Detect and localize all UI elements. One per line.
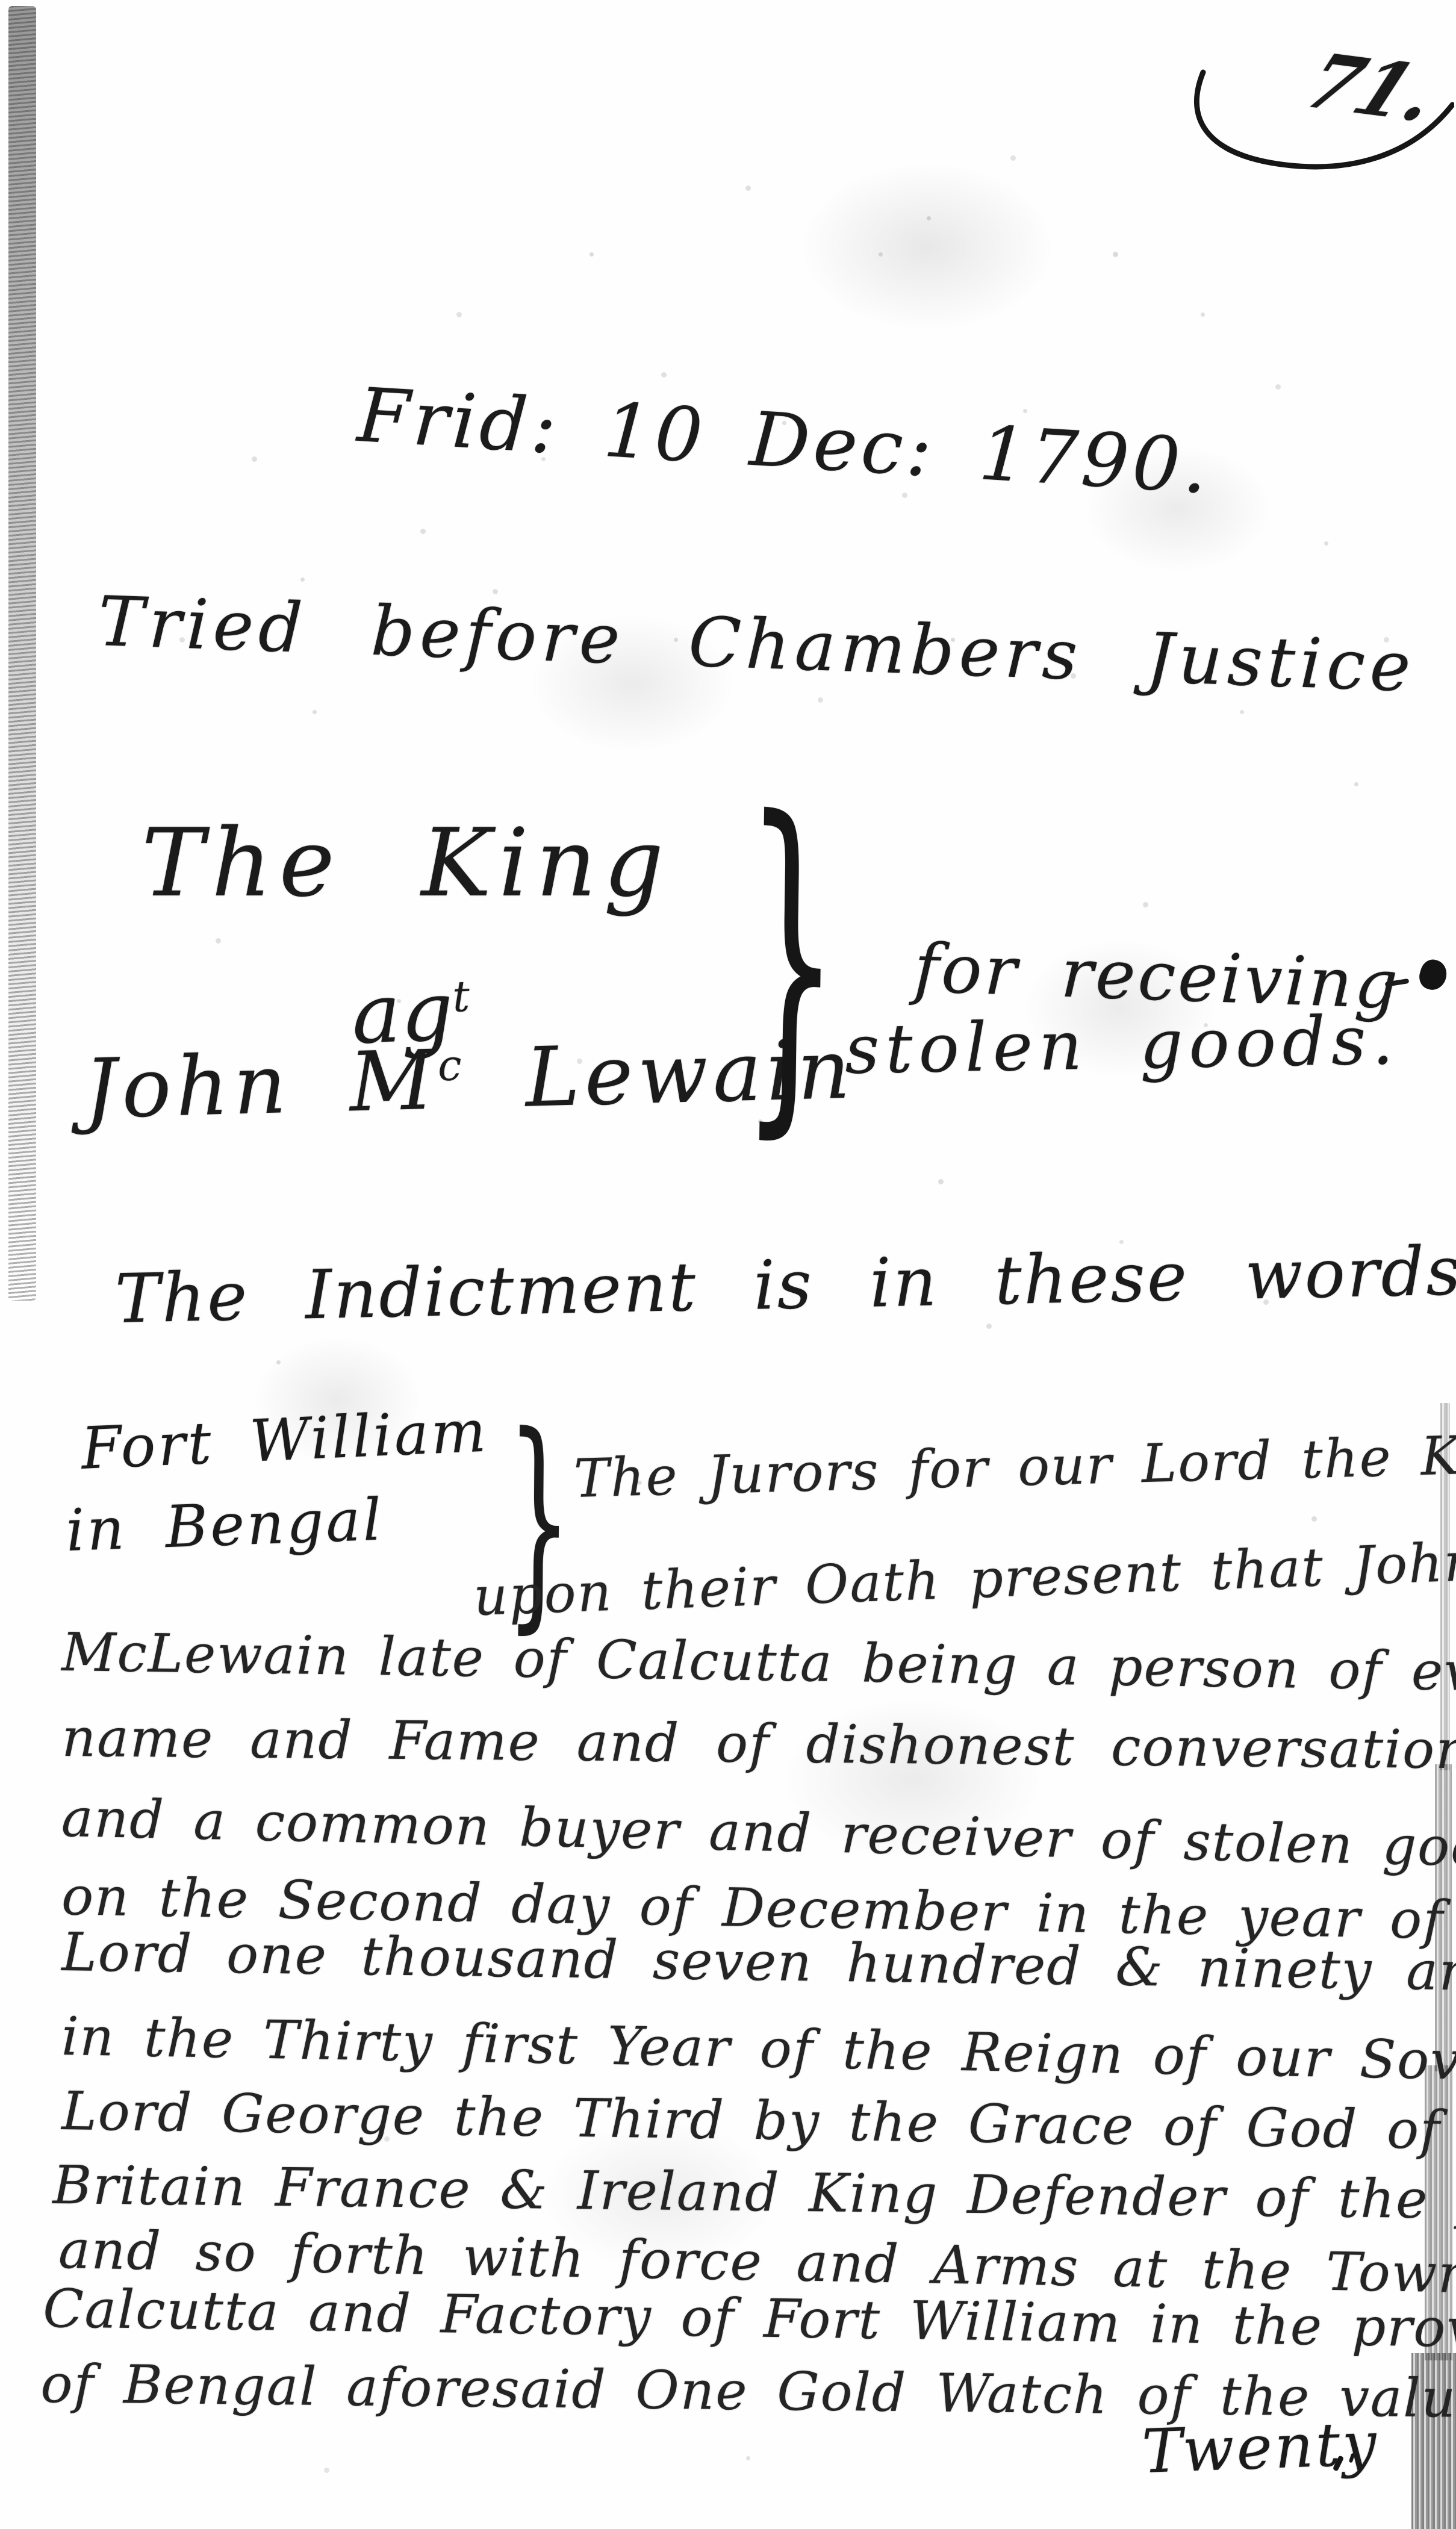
- tried-before-line: Tried before Chambers Justice: [97, 587, 1416, 701]
- photocopy-noise: [0, 0, 3, 3]
- defendant-name: John Mc Lewain: [83, 1028, 856, 1130]
- venue-note-line-1: Fort William: [80, 1402, 490, 1478]
- body-line: name and Fame and of dishonest conversat…: [61, 1711, 1456, 1776]
- defendant-superscript: c: [437, 1040, 467, 1090]
- versus-superscript: t: [452, 971, 470, 1022]
- body-line: The Jurors for our Lord the King: [573, 1427, 1456, 1505]
- body-line: McLewain late of Calcutta being a person…: [61, 1626, 1456, 1699]
- case-brace: }: [741, 792, 842, 1125]
- catchword: Twenty: [1141, 2413, 1380, 2482]
- body-line: and a common buyer and receiver of stole…: [61, 1791, 1456, 1876]
- body-line: in the Thirty first Year of the Reign of…: [61, 2010, 1456, 2091]
- date-line: Frid: 10 Dec: 1790.: [355, 378, 1213, 505]
- body-line: Britain France & Ireland King Defender o…: [52, 2159, 1456, 2228]
- charge-line-2: stolen goods.: [844, 1007, 1400, 1084]
- defendant-pre: John M: [83, 1033, 440, 1137]
- left-binding-shadow: [8, 6, 36, 1301]
- smudge: [801, 163, 1054, 331]
- body-line: upon their Oath present that John: [473, 1535, 1456, 1623]
- venue-note-line-2: in Bengal: [65, 1491, 385, 1560]
- flourish-underline-icon: [1180, 67, 1454, 184]
- manuscript-page: 71. Frid: 10 Dec: 1790. Tried before Cha…: [0, 0, 1456, 2529]
- indictment-heading: The Indictment is in these words: [114, 1237, 1456, 1333]
- case-plaintiff: The King: [142, 816, 671, 910]
- ink-blot: [1416, 956, 1450, 993]
- body-line: Lord George the Third by the Grace of Go…: [61, 2085, 1456, 2159]
